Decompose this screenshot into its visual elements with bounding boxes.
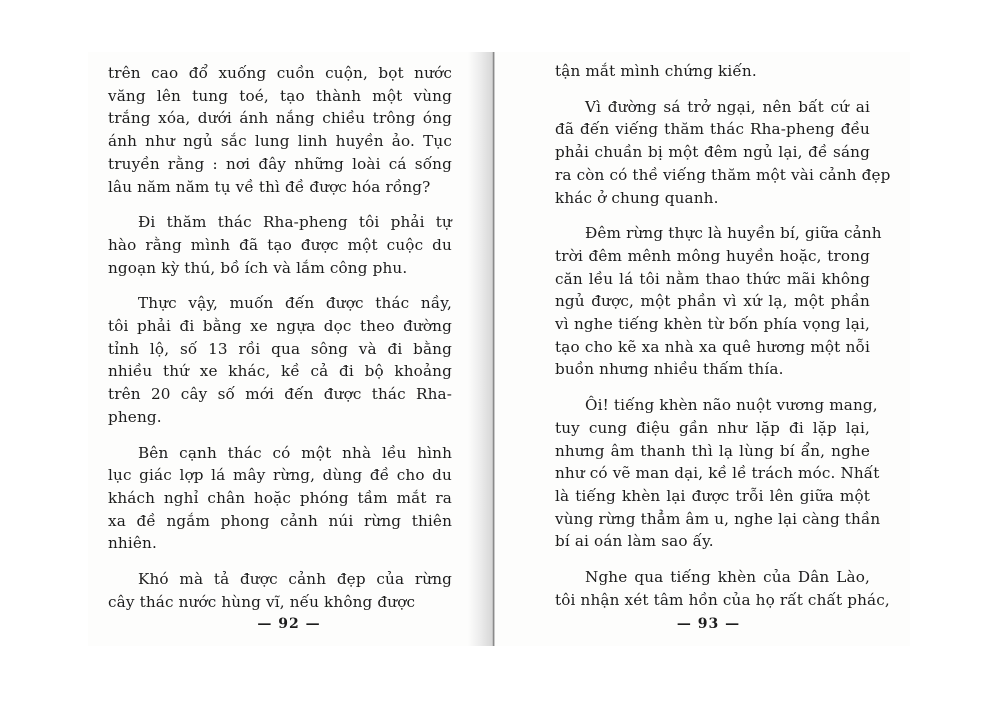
- text-line: vùng rừng thẳm âm u, nghe lại càng thần: [555, 508, 870, 531]
- text-line: cây thác nước hùng vĩ, nếu không được: [108, 591, 452, 614]
- text-line: tôi phải đi bằng xe ngựa dọc theo đường: [108, 315, 452, 338]
- book-gutter: [468, 52, 495, 646]
- text-line: trên 20 cây số mới đến được thác Rha-: [108, 383, 452, 406]
- text-line: lâu năm năm tụ về thì đề được hóa rồng?: [108, 176, 452, 199]
- page-number-right: — 93 —: [495, 616, 910, 632]
- text-line: Ôi! tiếng khèn não nuột vương mang,: [555, 394, 870, 417]
- text-line: như có vẽ man dại, kề lề trách móc. Nhất: [555, 462, 870, 485]
- text-line: đã đến viếng thăm thác Rha-pheng đều: [555, 118, 870, 141]
- paragraph: Vì đường sá trở ngại, nên bất cứ aiđã đế…: [555, 96, 870, 210]
- paragraph: Đi thăm thác Rha-pheng tôi phải tựhào rằ…: [108, 211, 452, 279]
- text-line: trên cao đổ xuống cuồn cuộn, bọt nước: [108, 62, 452, 85]
- text-line: nhiều thứ xe khác, kề cả đi bộ khoảng: [108, 360, 452, 383]
- text-line: tuy cung điệu gần như lặp đi lặp lại,: [555, 417, 870, 440]
- text-line: là tiếng khèn lại được trỗi lên giữa một: [555, 485, 870, 508]
- text-line: văng lên tung toé, tạo thành một vùng: [108, 85, 452, 108]
- text-line: Nghe qua tiếng khèn của Dân Lào,: [555, 566, 870, 589]
- text-line: nhưng âm thanh thì lạ lùng bí ẩn, nghe: [555, 440, 870, 463]
- text-line: ngoạn kỳ thú, bồ ích và lắm công phu.: [108, 257, 452, 280]
- text-line: khác ở chung quanh.: [555, 187, 870, 210]
- text-line: nhiên.: [108, 532, 452, 555]
- right-page: tận mắt mình chứng kiến.Vì đường sá trở …: [495, 52, 910, 646]
- text-line: ánh như ngủ sắc lung linh huyền ảo. Tục: [108, 130, 452, 153]
- text-line: bí ai oán làm sao ấy.: [555, 530, 870, 553]
- paragraph: Nghe qua tiếng khèn của Dân Lào,tôi nhận…: [555, 566, 870, 611]
- text-line: Vì đường sá trở ngại, nên bất cứ ai: [555, 96, 870, 119]
- paragraph: Khó mà tả được cảnh đẹp của rừngcây thác…: [108, 568, 452, 613]
- paragraph: tận mắt mình chứng kiến.: [555, 60, 870, 83]
- text-line: ra còn có thề viếng thăm một vài cảnh đẹ…: [555, 164, 870, 187]
- page-number-left: — 92 —: [88, 616, 480, 632]
- text-line: buồn nhưng nhiều thấm thía.: [555, 358, 870, 381]
- text-line: căn lều lá tôi nằm thao thức mãi không: [555, 268, 870, 291]
- text-line: khách nghỉ chân hoặc phóng tầm mắt ra: [108, 487, 452, 510]
- text-line: tận mắt mình chứng kiến.: [555, 60, 870, 83]
- text-line: truyền rằng : nơi đây những loài cá sống: [108, 153, 452, 176]
- text-line: vì nghe tiếng khèn từ bốn phía vọng lại,: [555, 313, 870, 336]
- text-line: Bên cạnh thác có một nhà lều hình: [108, 442, 452, 465]
- text-line: trắng xóa, dưới ánh nắng chiều trông óng: [108, 107, 452, 130]
- paragraph: Ôi! tiếng khèn não nuột vương mang,tuy c…: [555, 394, 870, 553]
- paragraph: Thực vậy, muốn đến được thác nầy,tôi phả…: [108, 292, 452, 428]
- text-line: hào rằng mình đã tạo được một cuộc du: [108, 234, 452, 257]
- paragraph: Đêm rừng thực là huyền bí, giữa cảnhtrời…: [555, 222, 870, 381]
- text-line: Thực vậy, muốn đến được thác nầy,: [108, 292, 452, 315]
- text-line: ngủ được, một phần vì xứ lạ, một phần: [555, 290, 870, 313]
- text-line: tỉnh lộ, số 13 rồi qua sông và đi bằng: [108, 338, 452, 361]
- text-line: xa đề ngắm phong cảnh núi rừng thiên: [108, 510, 452, 533]
- gutter-fold-line: [493, 52, 494, 646]
- text-line: trời đêm mênh mông huyền hoặc, trong: [555, 245, 870, 268]
- right-page-body: tận mắt mình chứng kiến.Vì đường sá trở …: [555, 60, 870, 611]
- paragraph: trên cao đổ xuống cuồn cuộn, bọt nướcvăn…: [108, 62, 452, 198]
- left-page: trên cao đổ xuống cuồn cuộn, bọt nướcvăn…: [88, 52, 480, 646]
- left-page-body: trên cao đổ xuống cuồn cuộn, bọt nướcvăn…: [108, 62, 452, 613]
- text-line: pheng.: [108, 406, 452, 429]
- text-line: phải chuần bị một đêm ngủ lại, đề sáng: [555, 141, 870, 164]
- paragraph: Bên cạnh thác có một nhà lều hìnhlục giá…: [108, 442, 452, 556]
- book-spread: trên cao đổ xuống cuồn cuộn, bọt nướcvăn…: [88, 52, 910, 646]
- text-line: Đêm rừng thực là huyền bí, giữa cảnh: [555, 222, 870, 245]
- text-line: lục giác lợp lá mây rừng, dùng đề cho du: [108, 464, 452, 487]
- text-line: Đi thăm thác Rha-pheng tôi phải tự: [108, 211, 452, 234]
- text-line: tạo cho kẽ xa nhà xa quê hương một nỗi: [555, 336, 870, 359]
- text-line: tôi nhận xét tâm hồn của họ rất chất phá…: [555, 589, 870, 612]
- text-line: Khó mà tả được cảnh đẹp của rừng: [108, 568, 452, 591]
